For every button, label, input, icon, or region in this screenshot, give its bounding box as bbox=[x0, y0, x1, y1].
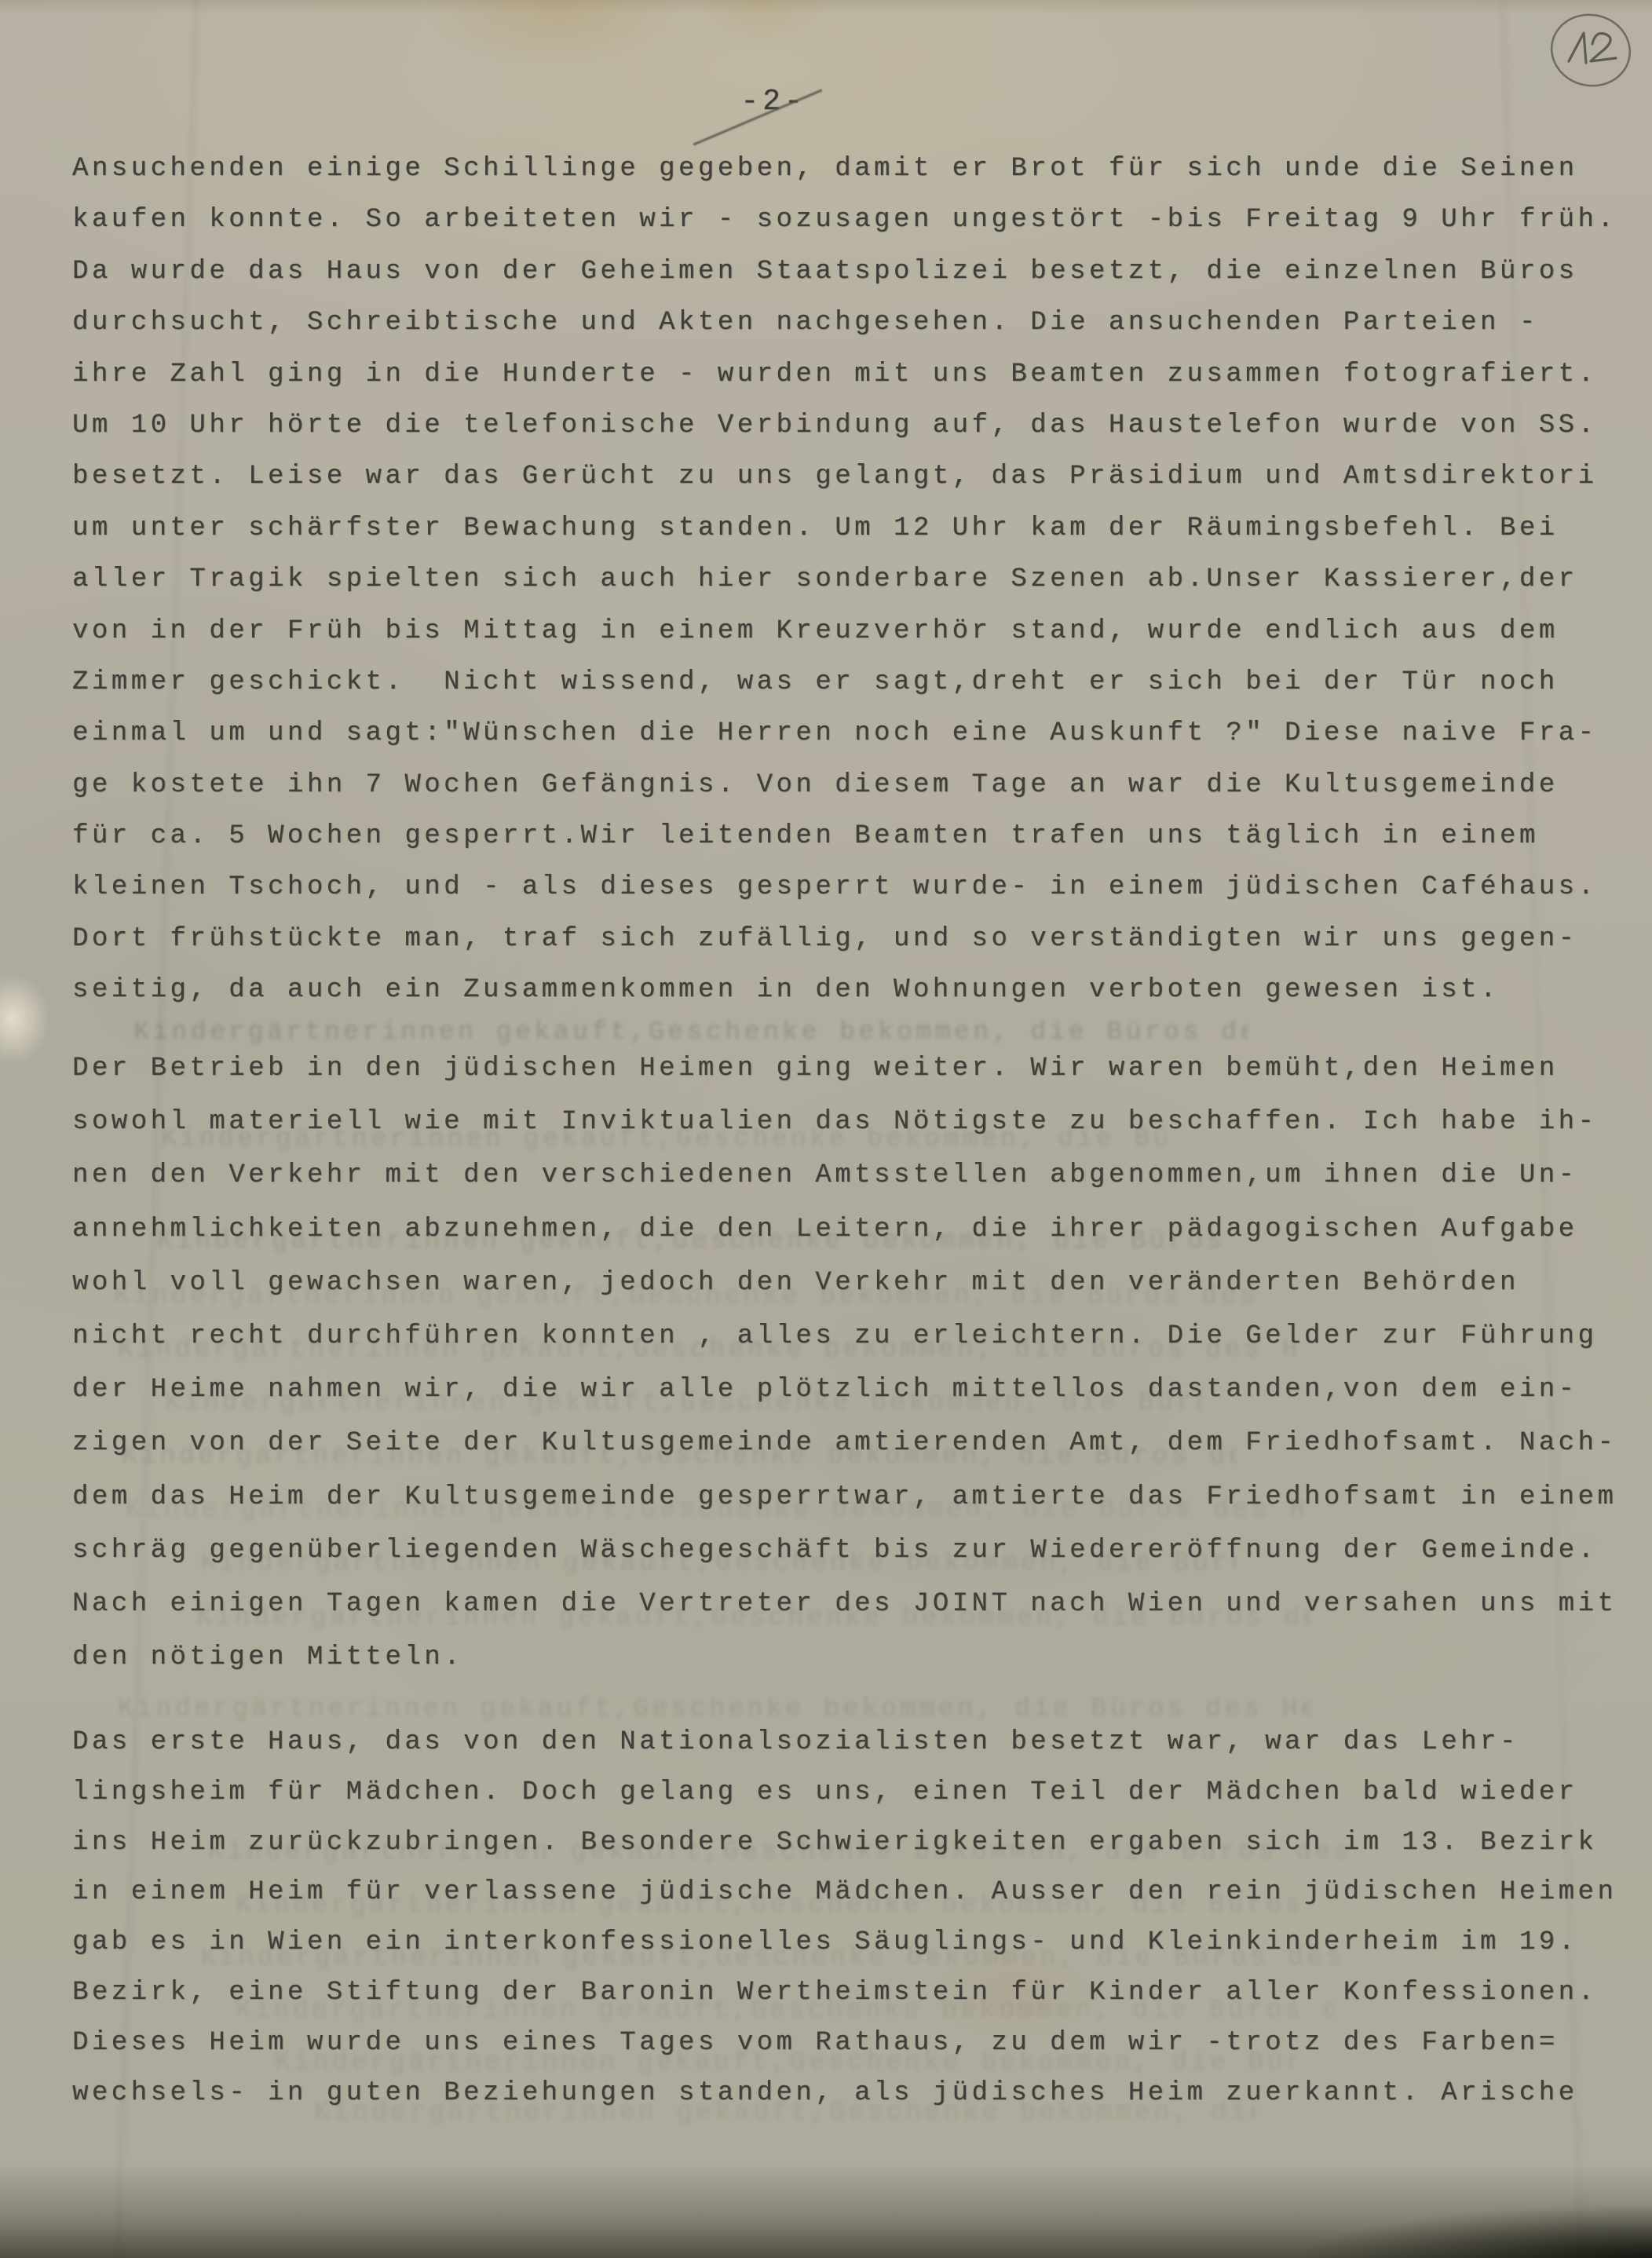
text-line: Nach einigen Tagen kamen die Vertreter d… bbox=[72, 1589, 1643, 1642]
text-line: wohl voll gewachsen waren, jedoch den Ve… bbox=[72, 1268, 1643, 1321]
text-line: nicht recht durchführen konnten , alles … bbox=[72, 1321, 1643, 1375]
text-line: einmal um und sagt:"Wünschen die Herren … bbox=[72, 718, 1643, 769]
bottom-edge-shadow bbox=[0, 2164, 1652, 2258]
text-line: zigen von der Seite der Kultusgemeinde a… bbox=[72, 1428, 1643, 1482]
text-line: Da wurde das Haus von der Geheimen Staat… bbox=[72, 257, 1643, 308]
typed-page-number: -2- bbox=[0, 85, 1547, 119]
text-line: seitig, da auch ein Zusammenkommen in de… bbox=[72, 975, 1643, 1026]
pencil-circle bbox=[1545, 9, 1636, 93]
text-line: kleinen Tschoch, und - als dieses gesper… bbox=[72, 872, 1643, 923]
text-line: den nötigen Mitteln. bbox=[72, 1642, 1643, 1696]
text-line: in einem Heim für verlassene jüdische Mä… bbox=[72, 1877, 1643, 1927]
stain bbox=[691, 0, 832, 47]
paragraph-2: Der Betrieb in den jüdischen Heimen ging… bbox=[72, 1054, 1643, 1696]
text-line: wechsels- in guten Beziehungen standen, … bbox=[72, 2078, 1643, 2128]
text-line: ge kostete ihn 7 Wochen Gefängnis. Von d… bbox=[72, 770, 1643, 821]
text-line: nen den Verkehr mit den verschiedenen Am… bbox=[72, 1160, 1643, 1214]
text-line: Dort frühstückte man, traf sich zufällig… bbox=[72, 924, 1643, 975]
torn-spot bbox=[0, 972, 52, 1066]
digit-1 bbox=[1569, 33, 1586, 63]
text-line: durchsucht, Schreibtische und Akten nach… bbox=[72, 308, 1643, 359]
text-line: von in der Früh bis Mittag in einem Kreu… bbox=[72, 616, 1643, 667]
text-line: Das erste Haus, das von den Nationalsozi… bbox=[72, 1727, 1643, 1778]
text-line: ihre Zahl ging in die Hunderte - wurden … bbox=[72, 360, 1643, 411]
bottom-right-corner-shadow bbox=[1165, 2172, 1652, 2258]
text-line: Der Betrieb in den jüdischen Heimen ging… bbox=[72, 1054, 1643, 1107]
text-line: Um 10 Uhr hörte die telefonische Verbind… bbox=[72, 411, 1643, 462]
digit-2 bbox=[1591, 34, 1616, 62]
text-line: aller Tragik spielten sich auch hier son… bbox=[72, 564, 1643, 616]
text-line: für ca. 5 Wochen gesperrt.Wir leitenden … bbox=[72, 821, 1643, 872]
text-line: der Heime nahmen wir, die wir alle plötz… bbox=[72, 1375, 1643, 1428]
text-line: um unter schärfster Bewachung standen. U… bbox=[72, 513, 1643, 564]
text-line: besetzt. Leise war das Gerücht zu uns ge… bbox=[72, 462, 1643, 513]
paragraph-3: Das erste Haus, das von den Nationalsozi… bbox=[72, 1727, 1643, 2128]
text-line: dem das Heim der Kultusgemeinde gesperrt… bbox=[72, 1482, 1643, 1536]
text-line: gab es in Wien ein interkonfessionelles … bbox=[72, 1927, 1643, 1978]
text-line: Dieses Heim wurde uns eines Tages vom Ra… bbox=[72, 2028, 1643, 2078]
text-line: Bezirk, eine Stiftung der Baronin Werthe… bbox=[72, 1978, 1643, 2028]
text-line: Ansuchenden einige Schillinge gegeben, d… bbox=[72, 154, 1643, 205]
text-line: annehmlichkeiten abzunehmen, die den Lei… bbox=[72, 1215, 1643, 1268]
text-line: ins Heim zurückzubringen. Besondere Schw… bbox=[72, 1828, 1643, 1878]
document-page: -2- Kindergärtnerinnen gekauft,Geschenke… bbox=[0, 0, 1652, 2258]
text-line: Zimmer geschickt. Nicht wissend, was er … bbox=[72, 667, 1643, 718]
text-line: sowohl materiell wie mit Inviktualien da… bbox=[72, 1107, 1643, 1160]
text-line: schräg gegenüberliegenden Wäschegeschäft… bbox=[72, 1536, 1643, 1589]
handwritten-page-number bbox=[1545, 9, 1639, 94]
text-line: lingsheim für Mädchen. Doch gelang es un… bbox=[72, 1778, 1643, 1828]
text-line: kaufen konnte. So arbeiteten wir - sozus… bbox=[72, 205, 1643, 256]
bleedthrough-line: Kindergärtnerinnen gekauft,Geschenke bek… bbox=[118, 1694, 1311, 1732]
stain bbox=[424, 0, 691, 71]
paragraph-1: Ansuchenden einige Schillinge gegeben, d… bbox=[72, 154, 1643, 1027]
